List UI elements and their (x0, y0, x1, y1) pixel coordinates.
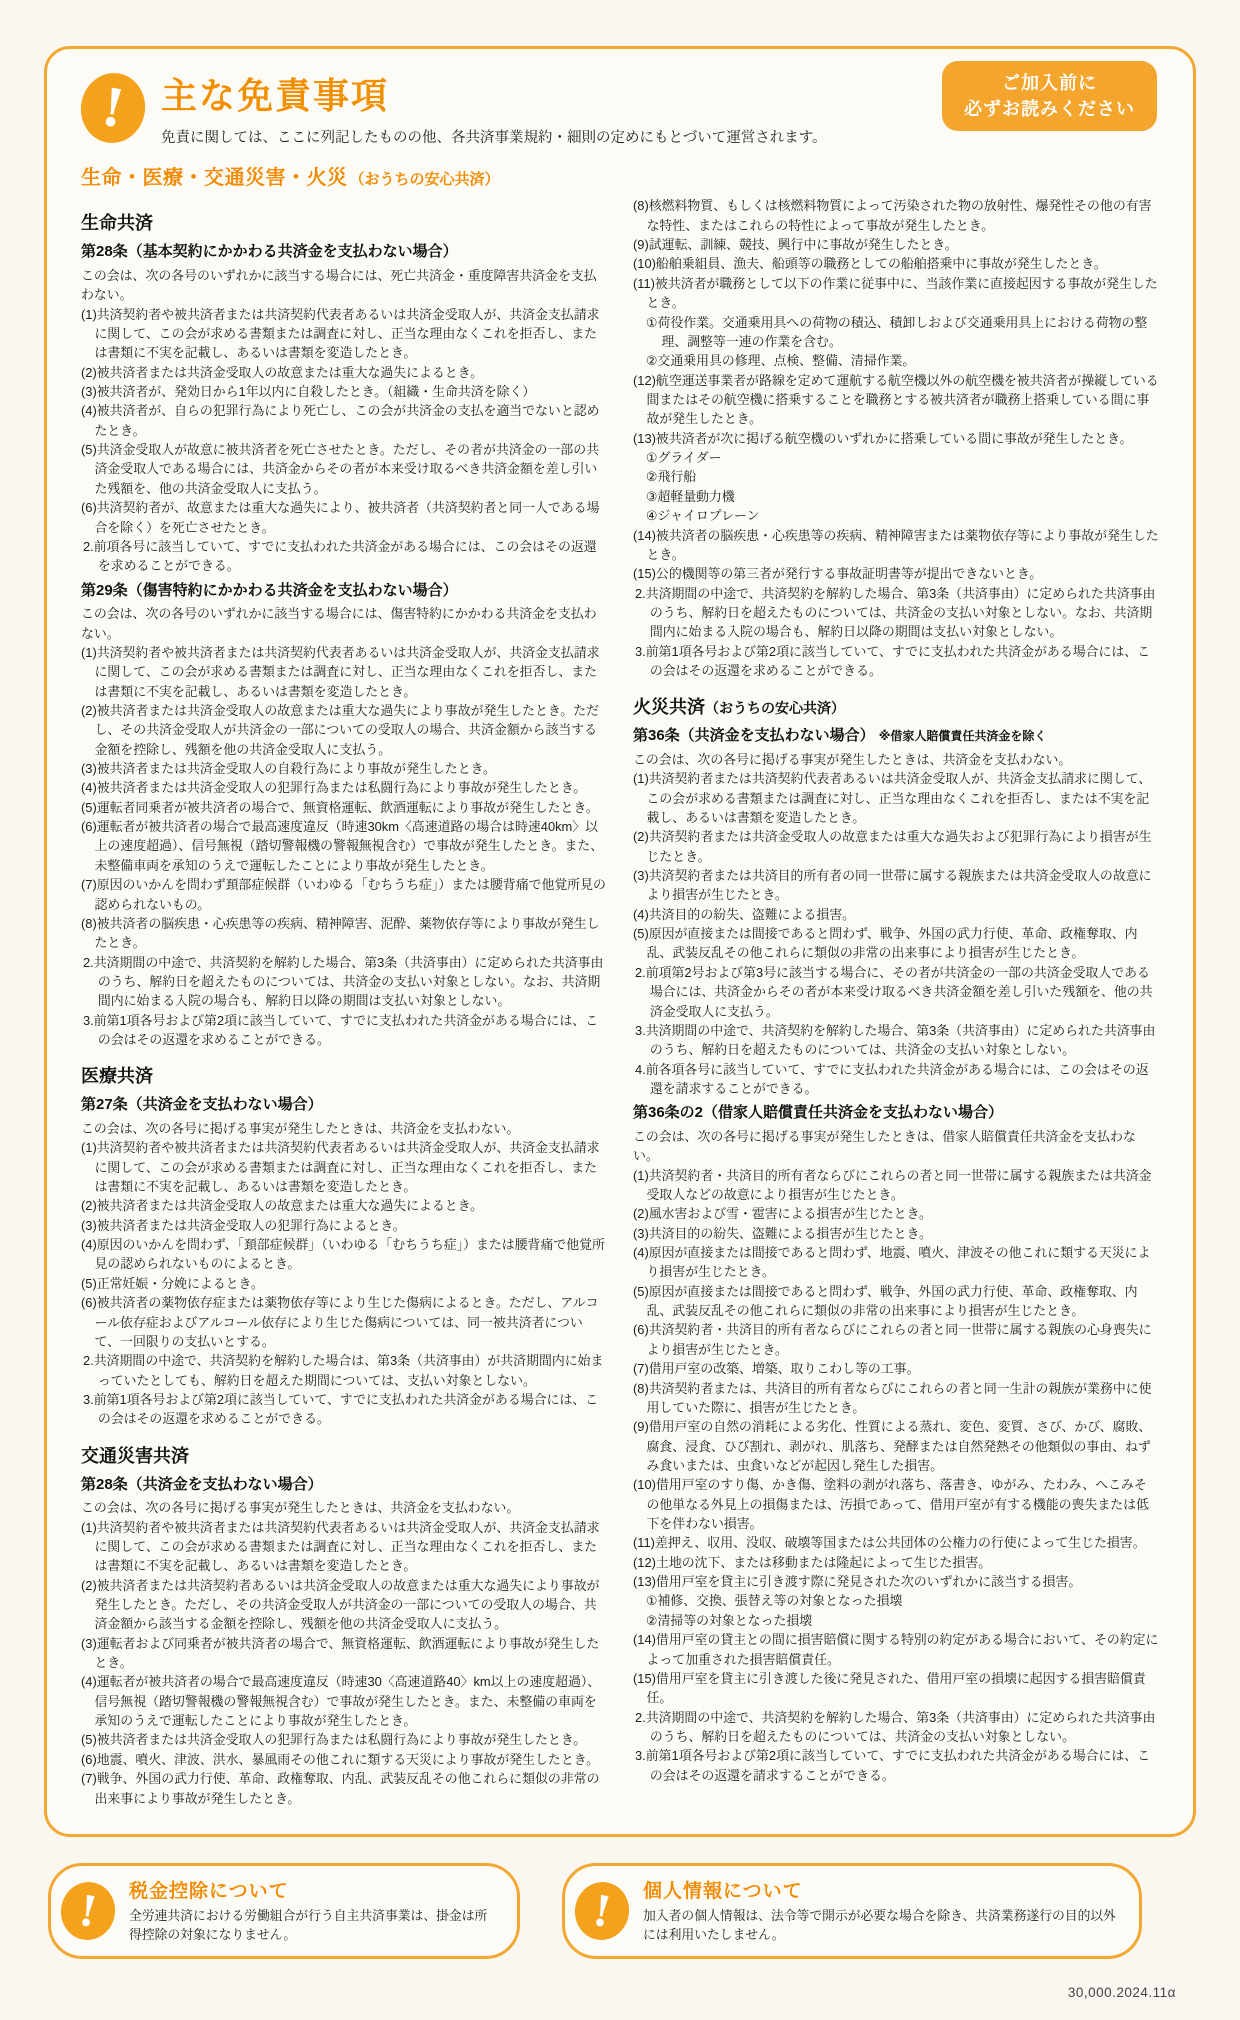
paragraph: (13)借用戸室を貸主に引き渡す際に発見された次のいずれかに該当する損害。 (633, 1572, 1159, 1591)
section-heading: 生命共済 (81, 210, 607, 237)
paragraph: ②交通乗用具の修理、点検、整備、清掃作業。 (646, 351, 1159, 370)
paragraph: (12)航空運送事業者が路線を定めて運航する航空機以外の航空機を被共済者が操縦し… (633, 371, 1159, 429)
paragraph: (11)差押え、収用、没収、破壊等国または公共団体の公権力の行使によって生じた損… (633, 1533, 1159, 1552)
paragraph: (5)運転者同乗者が被共済者の場合で、無資格運転、飲酒運転により事故が発生したと… (81, 798, 607, 817)
section-heading: 第29条（傷害特約にかかわる共済金を支払わない場合） (81, 580, 607, 603)
paragraph: (6)被共済者の薬物依存症または薬物依存等により生じた傷病によるとき。ただし、ア… (81, 1293, 607, 1351)
paragraph: 3.共済期間の中途で、共済契約を解約した場合、第3条（共済事由）に定められた共済… (635, 1021, 1159, 1060)
section-heading: 第36条（共済金を支払わない場合）※借家人賠償責任共済金を除く (633, 725, 1159, 748)
print-code: 30,000.2024.11α (0, 1985, 1176, 2000)
paragraph: ①補修、交換、張替え等の対象となった損壊 (646, 1591, 1159, 1610)
paragraph: (8)被共済者の脳疾患・心疾患等の疾病、精神障害、泥酔、薬物依存等により事故が発… (81, 914, 607, 953)
exclusions-panel: ご加入前に 必ずお読みください ! 主な免責事項 免責に関しては、ここに列記した… (44, 46, 1196, 1837)
paragraph: (3)被共済者または共済金受取人の自殺行為により事故が発生したとき。 (81, 759, 607, 778)
section-heading: 第28条（基本契約にかかわる共済金を支払わない場合） (81, 241, 607, 264)
paragraph: (8)核燃料物質、もしくは核燃料物質によって汚染された物の放射性、爆発性その他の… (633, 196, 1159, 235)
paragraph: (3)運転者および同乗者が被共済者の場合で、無資格運転、飲酒運転により事故が発生… (81, 1634, 607, 1673)
paragraph: (15)公的機関等の第三者が発行する事故証明書等が提出できないとき。 (633, 564, 1159, 583)
paragraph: この会は、次の各号に掲げる事実が発生したときは、借家人賠償責任共済金を支払わない… (633, 1127, 1159, 1166)
paragraph: 3.前第1項各号および第2項に該当していて、すでに支払われた共済金がある場合には… (83, 1011, 607, 1050)
alert-icon: ! (56, 1878, 119, 1944)
paragraph: (5)正常妊娠・分娩によるとき。 (81, 1274, 607, 1293)
paragraph: 2.共済期間の中途で、共済契約を解約した場合、第3条（共済事由）に定められた共済… (635, 584, 1159, 642)
paragraph: この会は、次の各号のいずれかに該当する場合には、死亡共済金・重度障害共済金を支払… (81, 266, 607, 305)
paragraph: ①グライダー (646, 448, 1159, 467)
paragraph: (6)地震、噴火、津波、洪水、暴風雨その他これに類する天災により事故が発生したと… (81, 1750, 607, 1769)
paragraph: 2.共済期間の中途で、共済契約を解約した場合は、第3条（共済事由）が共済期間内に… (83, 1351, 607, 1390)
section-heading: 第27条（共済金を支払わない場合） (81, 1094, 607, 1117)
paragraph: この会は、次の各号のいずれかに該当する場合には、傷害特約にかかわる共済金を支払わ… (81, 604, 607, 643)
badge-line2: 必ずお読みください (964, 96, 1135, 122)
paragraph: (10)借用戸室のすり傷、かき傷、塗料の剥がれ落ち、落書き、ゆがみ、たわみ、へこ… (633, 1475, 1159, 1533)
paragraph: (2)被共済者または共済金受取人の故意または重大な過失によるとき。 (81, 363, 607, 382)
alert-icon: ! (570, 1878, 633, 1944)
paragraph: この会は、次の各号に掲げる事実が発生したときは、共済金を支払わない。 (81, 1498, 607, 1517)
paragraph: (2)共済契約者または共済金受取人の故意または重大な過失および犯罪行為により損害… (633, 827, 1159, 866)
paragraph: 3.前第1項各号および第2項に該当していて、すでに支払われた共済金がある場合には… (635, 642, 1159, 681)
section-heading: 交通災害共済 (81, 1443, 607, 1470)
paragraph: (4)被共済者が、自らの犯罪行為により死亡し、この会が共済金の支払を適当でないと… (81, 401, 607, 440)
paragraph: (1)共済契約者または共済契約代表者あるいは共済金受取人が、共済金支払請求に関し… (633, 769, 1159, 827)
paragraph: (5)原因が直接または間接であると問わず、戦争、外国の武力行使、革命、政権奪取、… (633, 924, 1159, 963)
section-heading: 医療共済 (81, 1063, 607, 1090)
paragraph: (9)借用戸室の自然の消耗による劣化、性質による蒸れ、変色、変質、さび、かび、腐… (633, 1417, 1159, 1475)
paragraph: (2)風水害および雪・雹害による損害が生じたとき。 (633, 1204, 1159, 1223)
paragraph: (12)土地の沈下、または移動または隆起によって生じた損害。 (633, 1553, 1159, 1572)
paragraph: (1)共済契約者や被共済者または共済契約代表者あるいは共済金受取人が、共済金支払… (81, 643, 607, 701)
section-heading: 第28条（共済金を支払わない場合） (81, 1474, 607, 1497)
paragraph: この会は、次の各号に掲げる事実が発生したときは、共済金を支払わない。 (81, 1119, 607, 1138)
paragraph: (4)運転者が被共済者の場合で最高速度違反（時速30〈高速道路40〉km以上の速… (81, 1672, 607, 1730)
paragraph: (2)被共済者または共済金受取人の故意または重大な過失によるとき。 (81, 1196, 607, 1215)
page-title: 主な免責事項 (161, 75, 827, 116)
column-left: 生命共済第28条（基本契約にかかわる共済金を支払わない場合）この会は、次の各号の… (81, 196, 607, 1808)
paragraph: この会は、次の各号に掲げる事実が発生したときは、共済金を支払わない。 (633, 750, 1159, 769)
paragraph: (4)被共済者または共済金受取人の犯罪行為または私闘行為により事故が発生したとき… (81, 778, 607, 797)
alert-icon: ! (75, 68, 150, 148)
paragraph: (3)共済契約者または共済目的所有者の同一世帯に属する親族または共済金受取人の故… (633, 866, 1159, 905)
paragraph: (5)共済金受取人が故意に被共済者を死亡させたとき。ただし、その者が共済金の一部… (81, 440, 607, 498)
paragraph: (2)被共済者または共済金受取人の故意または重大な過失により事故が発生したとき。… (81, 701, 607, 759)
paragraph: (3)共済目的の紛失、盗難による損害が生じたとき。 (633, 1224, 1159, 1243)
paragraph: (4)共済目的の紛失、盗難による損害。 (633, 905, 1159, 924)
paragraph: ②飛行船 (646, 467, 1159, 486)
bottom-notes: ! 税金控除について 全労連共済における労働組合が行う自主共済事業は、掛金は所得… (48, 1863, 1196, 1959)
tax-deduction-note-box: ! 税金控除について 全労連共済における労働組合が行う自主共済事業は、掛金は所得… (48, 1863, 520, 1959)
paragraph: (6)共済契約者が、故意または重大な過失により、被共済者（共済契約者と同一人であ… (81, 498, 607, 537)
paragraph: ②清掃等の対象となった損壊 (646, 1611, 1159, 1630)
paragraph: (5)被共済者または共済金受取人の犯罪行為または私闘行為により事故が発生したとき… (81, 1730, 607, 1749)
paragraph: (1)共済契約者や被共済者または共済契約代表者あるいは共済金受取人が、共済金支払… (81, 1138, 607, 1196)
read-before-joining-badge: ご加入前に 必ずお読みください (942, 61, 1157, 131)
paragraph: (6)共済契約者・共済目的所有者ならびにこれらの者と同一世帯に属する親族の心身喪… (633, 1320, 1159, 1359)
section-heading: 第36条の2（借家人賠償責任共済金を支払わない場合） (633, 1102, 1159, 1125)
paragraph: (8)共済契約者または、共済目的所有者ならびにこれらの者と同一生計の親族が業務中… (633, 1379, 1159, 1418)
paragraph: (4)原因が直接または間接であると問わず、地震、噴火、津波その他これに類する天災… (633, 1243, 1159, 1282)
paragraph: (4)原因のいかんを問わず、「頚部症候群」（いわゆる「むちうち症」）または腰背痛… (81, 1235, 607, 1274)
paragraph: (5)原因が直接または間接であると問わず、戦争、外国の武力行使、革命、政権奪取、… (633, 1282, 1159, 1321)
personal-info-note-box: ! 個人情報について 加入者の個人情報は、法令等で開示が必要な場合を除き、共済業… (562, 1863, 1142, 1959)
section-heading: 火災共済（おうちの安心共済） (633, 694, 1159, 721)
column-right: (8)核燃料物質、もしくは核燃料物質によって汚染された物の放射性、爆発性その他の… (633, 196, 1159, 1808)
paragraph: 4.前各項各号に該当していて、すでに支払われた共済金がある場合には、この会はその… (635, 1060, 1159, 1099)
paragraph: 3.前第1項各号および第2項に該当していて、すでに支払われた共済金がある場合には… (635, 1746, 1159, 1785)
note-title: 個人情報について (643, 1876, 1119, 1903)
paragraph: ④ジャイロプレーン (646, 506, 1159, 525)
paragraph: (11)被共済者が職務として以下の作業に従事中に、当該作業に直接起因する事故が発… (633, 274, 1159, 313)
page-subtitle: 免責に関しては、ここに列記したものの他、各共済事業規約・細則の定めにもとづいて運… (161, 126, 827, 147)
category-heading-sub: （おうちの安心共済） (350, 171, 500, 188)
document-page: ご加入前に 必ずお読みください ! 主な免責事項 免責に関しては、ここに列記した… (0, 46, 1240, 2000)
paragraph: (6)運転者が被共済者の場合で最高速度違反（時速30km〈高速道路の場合は時速4… (81, 817, 607, 875)
paragraph: (1)共済契約者・共済目的所有者ならびにこれらの者と同一世帯に属する親族または共… (633, 1166, 1159, 1205)
paragraph: (15)借用戸室を貸主に引き渡した後に発見された、借用戸室の損壊に起因する損害賠… (633, 1669, 1159, 1708)
paragraph: 2.前項第2号および第3号に該当する場合に、その者が共済金の一部の共済金受取人で… (635, 963, 1159, 1021)
paragraph: (14)被共済者の脳疾患・心疾患等の疾病、精神障害または薬物依存等により事故が発… (633, 526, 1159, 565)
paragraph: (13)被共済者が次に掲げる航空機のいずれかに搭乗している間に事故が発生したとき… (633, 429, 1159, 448)
paragraph: 3.前第1項各号および第2項に該当していて、すでに支払われた共済金がある場合には… (83, 1390, 607, 1429)
paragraph: (1)共済契約者や被共済者または共済契約代表者あるいは共済金受取人が、共済金支払… (81, 305, 607, 363)
paragraph: (2)被共済者または共済契約者あるいは共済金受取人の故意または重大な過失により事… (81, 1576, 607, 1634)
paragraph: (7)借用戸室の改築、増築、取りこわし等の工事。 (633, 1359, 1159, 1378)
badge-line1: ご加入前に (964, 70, 1135, 96)
note-body: 加入者の個人情報は、法令等で開示が必要な場合を除き、共済業務遂行の目的以外には利… (643, 1906, 1119, 1944)
paragraph: (3)被共済者が、発効日から1年以内に自殺したとき。（組織・生命共済を除く） (81, 382, 607, 401)
paragraph: 2.前項各号に該当していて、すでに支払われた共済金がある場合には、この会はその返… (83, 537, 607, 576)
paragraph: ③超軽量動力機 (646, 487, 1159, 506)
category-heading: 生命・医療・交通災害・火災（おうちの安心共済） (81, 161, 1167, 190)
paragraph: (1)共済契約者や被共済者または共済契約代表者あるいは共済金受取人が、共済金支払… (81, 1518, 607, 1576)
paragraph: (10)船舶乗組員、漁夫、船頭等の職務としての船舶搭乗中に事故が発生したとき。 (633, 254, 1159, 273)
paragraph: 2.共済期間の中途で、共済契約を解約した場合、第3条（共済事由）に定められた共済… (83, 953, 607, 1011)
category-heading-main: 生命・医療・交通災害・火災 (81, 167, 348, 189)
paragraph: (7)戦争、外国の武力行使、革命、政権奪取、内乱、武装反乱その他これらに類似の非… (81, 1769, 607, 1808)
note-title: 税金控除について (129, 1876, 497, 1903)
paragraph: (7)原因のいかんを問わず頚部症候群（いわゆる「むちうち症」）または腰背痛で他覚… (81, 875, 607, 914)
paragraph: (14)借用戸室の貸主との間に損害賠償に関する特別の約定がある場合において、その… (633, 1630, 1159, 1669)
paragraph: ①荷役作業。交通乗用具への荷物の積込、積卸しおよび交通乗用具上における荷物の整理… (646, 313, 1159, 352)
note-body: 全労連共済における労働組合が行う自主共済事業は、掛金は所得控除の対象になりません… (129, 1906, 497, 1944)
paragraph: (9)試運転、訓練、競技、興行中に事故が発生したとき。 (633, 235, 1159, 254)
paragraph: 2.共済期間の中途で、共済契約を解約した場合、第3条（共済事由）に定められた共済… (635, 1708, 1159, 1747)
paragraph: (3)被共済者または共済金受取人の犯罪行為によるとき。 (81, 1216, 607, 1235)
two-column-body: 生命共済第28条（基本契約にかかわる共済金を支払わない場合）この会は、次の各号の… (81, 196, 1159, 1808)
